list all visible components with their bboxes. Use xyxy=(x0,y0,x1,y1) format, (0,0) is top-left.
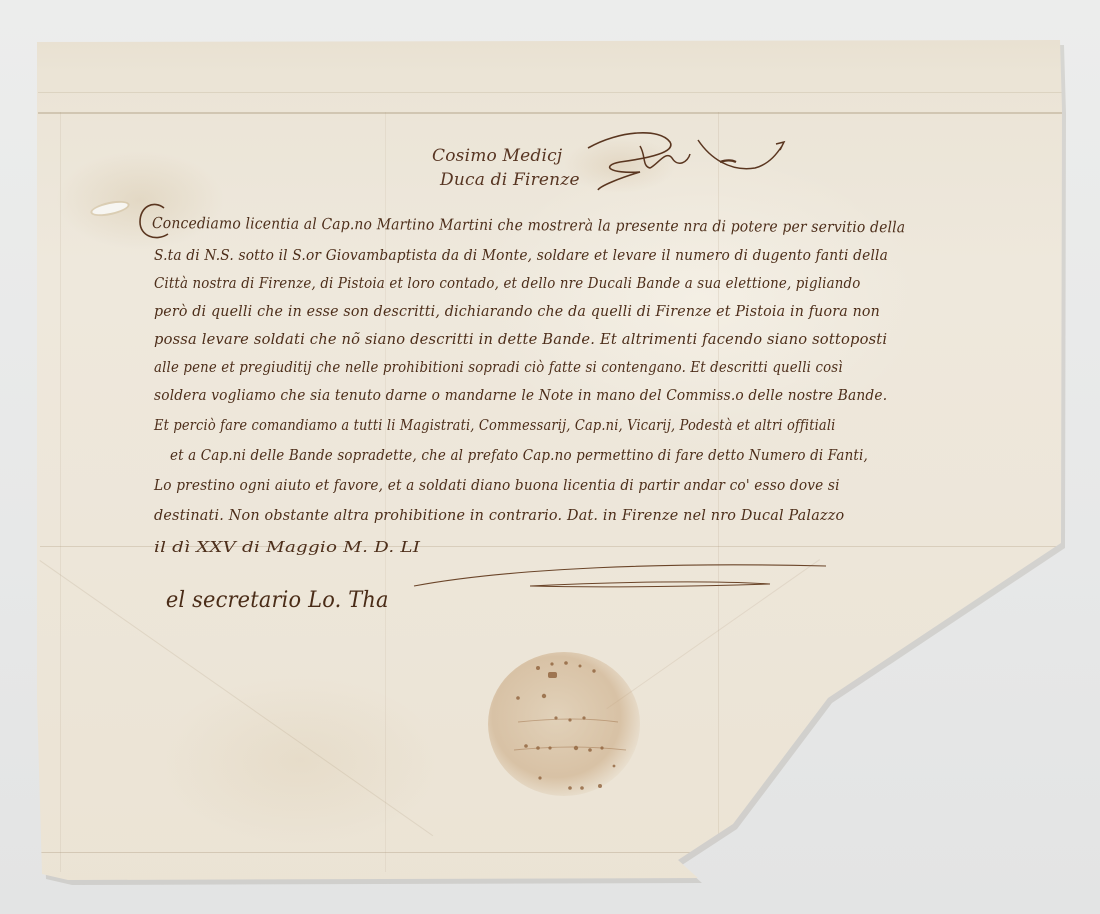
body-line: Città nostra di Firenze, di Pistoia et l… xyxy=(154,276,860,291)
body-line: però di quelli che in esse son descritti… xyxy=(154,304,880,319)
paraph-stroke-icon xyxy=(410,556,830,596)
fold-line xyxy=(38,852,718,853)
body-line: soldera vogliamo che sia tenuto darne o … xyxy=(154,388,887,403)
body-line: possa levare soldati che nõ siano descri… xyxy=(154,332,887,347)
heading-line-1: Cosimo Medicj xyxy=(432,146,562,166)
manuscript-paper: Cosimo Medicj Duca di Firenze Concediamo… xyxy=(0,0,1100,914)
body-line: et a Cap.ni delle Bande sopradette, che … xyxy=(170,448,868,463)
wax-seal-icon xyxy=(478,638,668,808)
body-line: Et perciò fare comandiamo a tutti li Mag… xyxy=(154,418,836,433)
heading-line-2: Duca di Firenze xyxy=(440,170,580,190)
fold-line xyxy=(38,92,1062,93)
body-line: alle pene et pregiuditij che nelle prohi… xyxy=(154,360,843,375)
fold-line xyxy=(38,112,1062,114)
body-line: S.ta di N.S. sotto il S.or Giovambaptist… xyxy=(154,248,888,263)
paper-hole xyxy=(91,200,128,216)
body-line: destinati. Non obstante altra prohibitio… xyxy=(154,508,844,523)
fold-line xyxy=(60,112,61,872)
ducal-flourish-icon xyxy=(580,128,790,198)
secretary-signature: el secretario Lo. Tha xyxy=(166,588,389,613)
body-line: Lo prestino ogni aiuto et favore, et a s… xyxy=(154,478,840,493)
scan-background: Cosimo Medicj Duca di Firenze Concediamo… xyxy=(0,0,1100,914)
body-line: Concediamo licentia al Cap.no Martino Ma… xyxy=(152,216,905,236)
date-line: il dì XXV di Maggio M. D. LI xyxy=(154,540,420,555)
